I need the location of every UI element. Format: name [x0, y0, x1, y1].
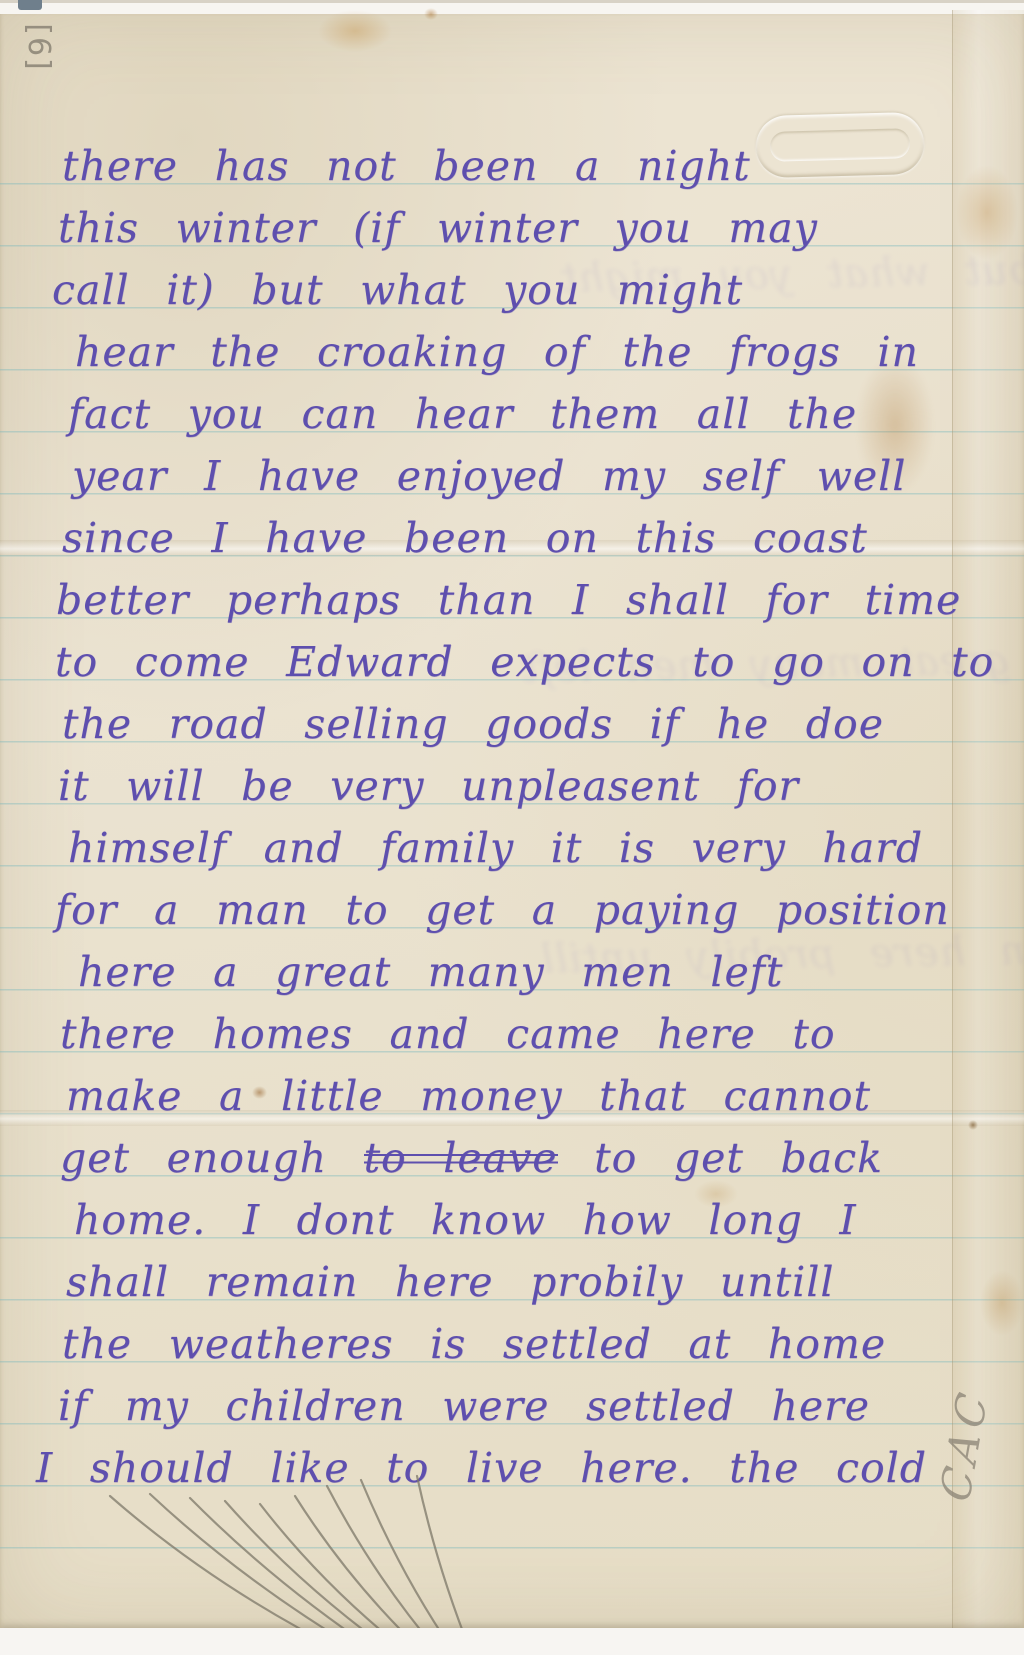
- letter-line: this winter (if winter you may: [58, 200, 818, 256]
- letter-line: to come Edward expects to go on to: [55, 634, 994, 690]
- struck-out-words: to leave: [364, 1134, 558, 1182]
- embossed-stamp-inner-ring: [770, 128, 911, 162]
- scan-top-edge: [0, 0, 1024, 14]
- embossed-stationery-stamp: [755, 112, 925, 178]
- letter-line-segment: get enough: [60, 1134, 364, 1182]
- letter-line: for a man to get a paying position: [55, 882, 950, 938]
- letter-line: better perhaps than I shall for time: [56, 572, 961, 628]
- scan-bottom-edge: [0, 1628, 1024, 1655]
- pencil-scribble: [95, 1468, 495, 1655]
- letter-line: home. I dont know how long I: [74, 1192, 857, 1248]
- letter-line: it will be very unpleasent for: [58, 758, 799, 814]
- scan-clip-fragment: [18, 0, 42, 10]
- letter-line: if my children were settled here: [58, 1378, 870, 1434]
- letter-line: the road selling goods if he doe: [62, 696, 884, 752]
- letter-line: hear the croaking of the frogs in: [75, 324, 919, 380]
- letter-line: shall remain here probily untill: [66, 1254, 834, 1310]
- paper-stain: [956, 165, 1018, 260]
- letter-line-with-strikeout: get enough to leave to get back: [60, 1130, 883, 1186]
- paper-stain: [318, 10, 392, 52]
- paper-stain: [980, 1270, 1024, 1336]
- paper-stain: [424, 8, 438, 20]
- paper-stain: [968, 1120, 978, 1130]
- letter-line: there has not been a night: [62, 138, 751, 194]
- letter-line: there homes and came here to: [60, 1006, 836, 1062]
- archival-page-number: [6]: [21, 23, 56, 72]
- scanned-letter-page: [6] call it) but what you might here a g…: [0, 0, 1024, 1655]
- letter-line: the weatheres is settled at home: [62, 1316, 886, 1372]
- letter-line: since I have been on this coast: [62, 510, 868, 566]
- letter-line: himself and family it is very hard: [68, 820, 923, 876]
- letter-line-segment: to get back: [558, 1134, 883, 1182]
- letter-line: year I have enjoyed my self well: [72, 448, 906, 504]
- letter-line: fact you can hear them all the: [68, 386, 857, 442]
- letter-line: make a little money that cannot: [66, 1068, 871, 1124]
- letter-line: here a great many men left: [78, 944, 783, 1000]
- letter-line: call it) but what you might: [52, 262, 743, 318]
